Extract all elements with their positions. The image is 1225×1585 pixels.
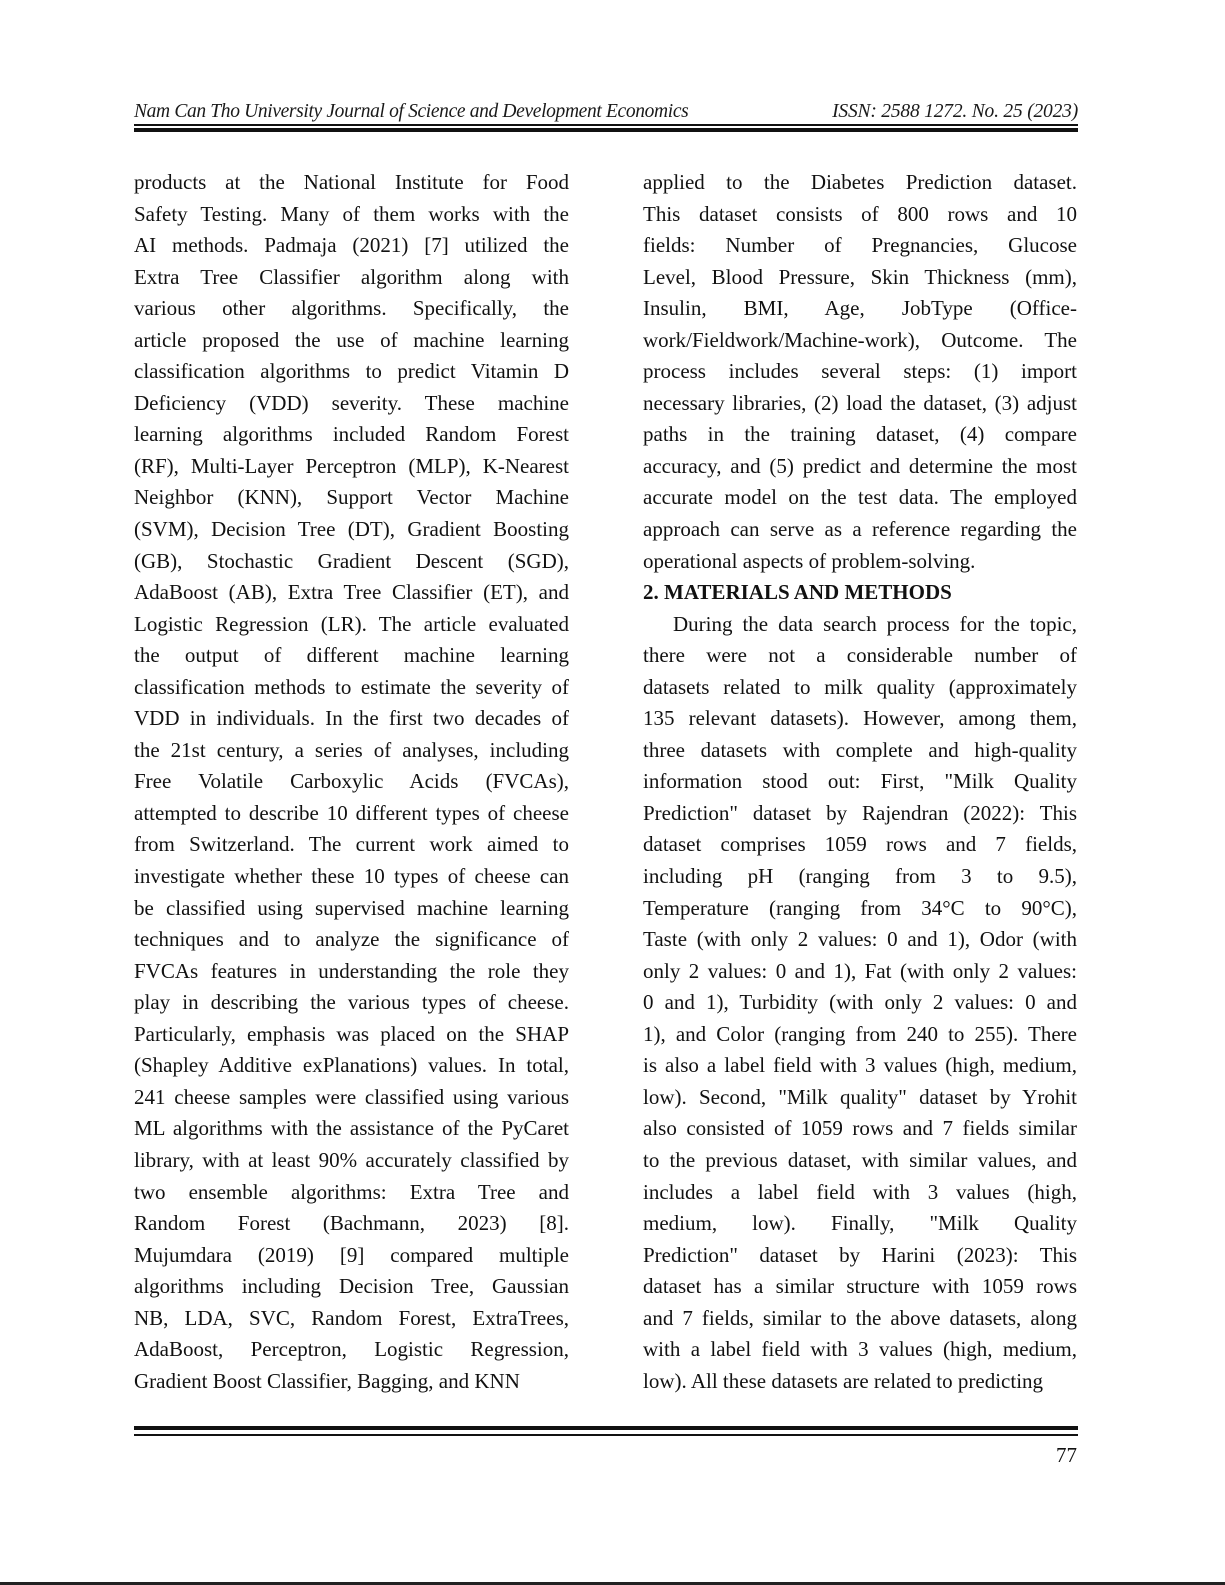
text-line: Prediction" dataset by Rajendran (2022):… bbox=[643, 798, 1077, 830]
paragraph-materials-methods: During the data search process for the t… bbox=[643, 609, 1077, 1398]
text-line: algorithms including Decision Tree, Gaus… bbox=[134, 1271, 569, 1303]
text-line: Extra Tree Classifier algorithm along wi… bbox=[134, 262, 569, 294]
text-line: AdaBoost (AB), Extra Tree Classifier (ET… bbox=[134, 577, 569, 609]
text-line: Mujumdara (2019) [9] compared multiple bbox=[134, 1240, 569, 1272]
text-line: low). All these datasets are related to … bbox=[643, 1366, 1077, 1398]
text-line: process includes several steps: (1) impo… bbox=[643, 356, 1077, 388]
text-line: VDD in individuals. In the first two dec… bbox=[134, 703, 569, 735]
text-line: also consisted of 1059 rows and 7 fields… bbox=[643, 1113, 1077, 1145]
text-line: accuracy, and (5) predict and determine … bbox=[643, 451, 1077, 483]
footer-rule-thick bbox=[134, 1426, 1078, 1430]
text-line: products at the National Institute for F… bbox=[134, 167, 569, 199]
text-line: various other algorithms. Specifically, … bbox=[134, 293, 569, 325]
text-line: 0 and 1), Turbidity (with only 2 values:… bbox=[643, 987, 1077, 1019]
text-line: learning algorithms included Random Fore… bbox=[134, 419, 569, 451]
issn-issue: ISSN: 2588 1272. No. 25 (2023) bbox=[832, 100, 1078, 124]
text-line: be classified using supervised machine l… bbox=[134, 893, 569, 925]
footer-rule-thin bbox=[134, 1434, 1078, 1436]
text-line: including pH (ranging from 3 to 9.5), bbox=[643, 861, 1077, 893]
text-line: fields: Number of Pregnancies, Glucose bbox=[643, 230, 1077, 262]
text-line: work/Fieldwork/Machine-work), Outcome. T… bbox=[643, 325, 1077, 357]
right-column: applied to the Diabetes Prediction datas… bbox=[643, 167, 1077, 1397]
text-line: Free Volatile Carboxylic Acids (FVCAs), bbox=[134, 766, 569, 798]
text-line: low). Second, "Milk quality" dataset by … bbox=[643, 1082, 1077, 1114]
journal-title: Nam Can Tho University Journal of Scienc… bbox=[134, 100, 688, 124]
text-line: Safety Testing. Many of them works with … bbox=[134, 199, 569, 231]
left-column: products at the National Institute for F… bbox=[134, 167, 569, 1397]
text-line: operational aspects of problem-solving. bbox=[643, 546, 1077, 578]
text-line: Neighbor (KNN), Support Vector Machine bbox=[134, 482, 569, 514]
text-line: only 2 values: 0 and 1), Fat (with only … bbox=[643, 956, 1077, 988]
text-line: 1), and Color (ranging from 240 to 255).… bbox=[643, 1019, 1077, 1051]
text-line: Deficiency (VDD) severity. These machine bbox=[134, 388, 569, 420]
text-line: is also a label field with 3 values (hig… bbox=[643, 1050, 1077, 1082]
text-line: includes a label field with 3 values (hi… bbox=[643, 1177, 1077, 1209]
text-line: investigate whether these 10 types of ch… bbox=[134, 861, 569, 893]
text-line: techniques and to analyze the significan… bbox=[134, 924, 569, 956]
header-rule-thin bbox=[134, 124, 1078, 126]
text-line: (RF), Multi-Layer Perceptron (MLP), K-Ne… bbox=[134, 451, 569, 483]
text-line: datasets related to milk quality (approx… bbox=[643, 672, 1077, 704]
text-line: Taste (with only 2 values: 0 and 1), Odo… bbox=[643, 924, 1077, 956]
page-number: 77 bbox=[1056, 1442, 1077, 1468]
text-line: This dataset consists of 800 rows and 10 bbox=[643, 199, 1077, 231]
text-line: the output of different machine learning bbox=[134, 640, 569, 672]
text-line: ML algorithms with the assistance of the… bbox=[134, 1113, 569, 1145]
text-line: classification algorithms to predict Vit… bbox=[134, 356, 569, 388]
text-line: 241 cheese samples were classified using… bbox=[134, 1082, 569, 1114]
text-line: During the data search process for the t… bbox=[643, 609, 1077, 641]
text-line: the 21st century, a series of analyses, … bbox=[134, 735, 569, 767]
text-line: approach can serve as a reference regard… bbox=[643, 514, 1077, 546]
text-line: necessary libraries, (2) load the datase… bbox=[643, 388, 1077, 420]
text-line: two ensemble algorithms: Extra Tree and bbox=[134, 1177, 569, 1209]
paragraph-intro-continued: applied to the Diabetes Prediction datas… bbox=[643, 167, 1077, 577]
text-line: classification methods to estimate the s… bbox=[134, 672, 569, 704]
text-line: accurate model on the test data. The emp… bbox=[643, 482, 1077, 514]
text-line: from Switzerland. The current work aimed… bbox=[134, 829, 569, 861]
text-line: Logistic Regression (LR). The article ev… bbox=[134, 609, 569, 641]
text-line: Temperature (ranging from 34°C to 90°C), bbox=[643, 893, 1077, 925]
header-rule-thick bbox=[134, 128, 1078, 132]
text-line: medium, low). Finally, "Milk Quality bbox=[643, 1208, 1077, 1240]
text-line: and 7 fields, similar to the above datas… bbox=[643, 1303, 1077, 1335]
text-line: article proposed the use of machine lear… bbox=[134, 325, 569, 357]
text-line: NB, LDA, SVC, Random Forest, ExtraTrees, bbox=[134, 1303, 569, 1335]
text-line: with a label field with 3 values (high, … bbox=[643, 1334, 1077, 1366]
text-line: dataset has a similar structure with 105… bbox=[643, 1271, 1077, 1303]
text-line: AdaBoost, Perceptron, Logistic Regressio… bbox=[134, 1334, 569, 1366]
section-heading: 2. MATERIALS AND METHODS bbox=[643, 577, 1077, 609]
text-line: there were not a considerable number of bbox=[643, 640, 1077, 672]
text-line: 135 relevant datasets). However, among t… bbox=[643, 703, 1077, 735]
text-line: (SVM), Decision Tree (DT), Gradient Boos… bbox=[134, 514, 569, 546]
text-line: Particularly, emphasis was placed on the… bbox=[134, 1019, 569, 1051]
text-line: applied to the Diabetes Prediction datas… bbox=[643, 167, 1077, 199]
text-line: (Shapley Additive exPlanations) values. … bbox=[134, 1050, 569, 1082]
text-line: (GB), Stochastic Gradient Descent (SGD), bbox=[134, 546, 569, 578]
text-line: three datasets with complete and high-qu… bbox=[643, 735, 1077, 767]
text-line: play in describing the various types of … bbox=[134, 987, 569, 1019]
text-line: Insulin, BMI, Age, JobType (Office- bbox=[643, 293, 1077, 325]
running-header: Nam Can Tho University Journal of Scienc… bbox=[134, 100, 1078, 124]
text-line: FVCAs features in understanding the role… bbox=[134, 956, 569, 988]
text-line: attempted to describe 10 different types… bbox=[134, 798, 569, 830]
text-line: Prediction" dataset by Harini (2023): Th… bbox=[643, 1240, 1077, 1272]
text-line: paths in the training dataset, (4) compa… bbox=[643, 419, 1077, 451]
text-line: AI methods. Padmaja (2021) [7] utilized … bbox=[134, 230, 569, 262]
text-line: dataset comprises 1059 rows and 7 fields… bbox=[643, 829, 1077, 861]
text-line: Level, Blood Pressure, Skin Thickness (m… bbox=[643, 262, 1077, 294]
text-line: to the previous dataset, with similar va… bbox=[643, 1145, 1077, 1177]
text-line: library, with at least 90% accurately cl… bbox=[134, 1145, 569, 1177]
text-line: Gradient Boost Classifier, Bagging, and … bbox=[134, 1366, 569, 1398]
text-line: Random Forest (Bachmann, 2023) [8]. bbox=[134, 1208, 569, 1240]
text-line: information stood out: First, "Milk Qual… bbox=[643, 766, 1077, 798]
